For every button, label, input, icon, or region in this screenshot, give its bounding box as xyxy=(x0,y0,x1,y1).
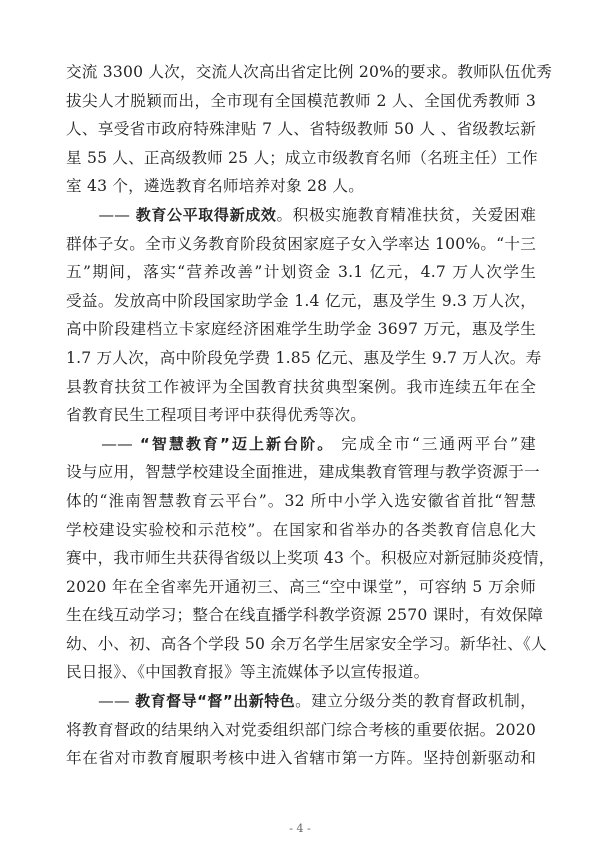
text-line: 星 55 人、正高级教师 25 人；成立市级教育名师（名班主任）工作 xyxy=(66,144,536,173)
text-line: 交流 3300 人次，交流人次高出省定比例 20%的要求。教师队伍优秀 xyxy=(66,58,536,87)
section-heading-line: —— “智慧教育”迈上新台阶。 完成全市“三通两平台”建 xyxy=(66,430,536,459)
text-line: 省教育民生工程项目考评中获得优秀等次。 xyxy=(66,401,536,430)
section-heading: 教育公平取得新成效 xyxy=(136,206,277,224)
text-line: 赛中，我市师生共获得省级以上奖项 43 个。积极应对新冠肺炎疫情， xyxy=(66,544,536,573)
text-line: 五”期间，落实“营养改善”计划资金 3.1 亿元，4.7 万人次学生 xyxy=(66,258,536,287)
document-body: 交流 3300 人次，交流人次高出省定比例 20%的要求。教师队伍优秀 拔尖人才… xyxy=(66,58,536,773)
text-line: 体的“淮南智慧教育云平台”。32 所中小学入选安徽省首批“智慧 xyxy=(66,487,536,516)
text-line: 幼、小、初、高各个学段 50 余万名学生居家安全学习。新华社、《人 xyxy=(66,630,536,659)
text-line: 受益。发放高中阶段国家助学金 1.4 亿元，惠及学生 9.3 万人次， xyxy=(66,287,536,316)
text-line: 1.7 万人次，高中阶段免学费 1.85 亿元、惠及学生 9.7 万人次。寿 xyxy=(66,344,536,373)
text-line: 学校建设实验校和示范校”。在国家和省举办的各类教育信息化大 xyxy=(66,516,536,545)
text-line: 2020 年在全省率先开通初三、高三“空中课堂”，可容纳 5 万余师 xyxy=(66,573,536,602)
text-line: 县教育扶贫工作被评为全国教育扶贫典型案例。我市连续五年在全 xyxy=(66,373,536,402)
text-line: 年在省对市教育履职考核中进入省辖市第一方阵。坚持创新驱动和 xyxy=(66,744,536,773)
text-line: 室 43 个，遴选教育名师培养对象 28 人。 xyxy=(66,172,536,201)
section-heading-line: —— 教育公平取得新成效。积极实施教育精准扶贫，关爱困难 xyxy=(66,201,536,230)
text-line: 将教育督政的结果纳入对党委组织部门综合考核的重要依据。2020 xyxy=(66,716,536,745)
text-line: 高中阶段建档立卡家庭经济困难学生助学金 3697 万元，惠及学生 xyxy=(66,315,536,344)
section-heading-line: —— 教育督导“督”出新特色。建立分级分类的教育督政机制， xyxy=(66,687,536,716)
text-line: 生在线互动学习；整合在线直播学科教学资源 2570 课时，有效保障 xyxy=(66,601,536,630)
text-line: 人、享受省市政府特殊津贴 7 人、省特级教师 50 人 、省级教坛新 xyxy=(66,115,536,144)
text-line: 设与应用，智慧学校建设全面推进，建成集教育管理与教学资源于一 xyxy=(66,458,536,487)
section-heading: 教育督导“督”出新特色 xyxy=(135,692,295,710)
text-line: 民日报》、《中国教育报》等主流媒体予以宣传报道。 xyxy=(66,658,536,687)
text-line: 拔尖人才脱颖而出，全市现有全国模范教师 2 人、全国优秀教师 3 xyxy=(66,87,536,116)
page-number: - 4 - xyxy=(0,822,600,835)
section-heading: “智慧教育”迈上新台阶。 xyxy=(140,435,334,453)
text-line: 群体子女。全市义务教育阶段贫困家庭子女入学率达 100%。“十三 xyxy=(66,230,536,259)
